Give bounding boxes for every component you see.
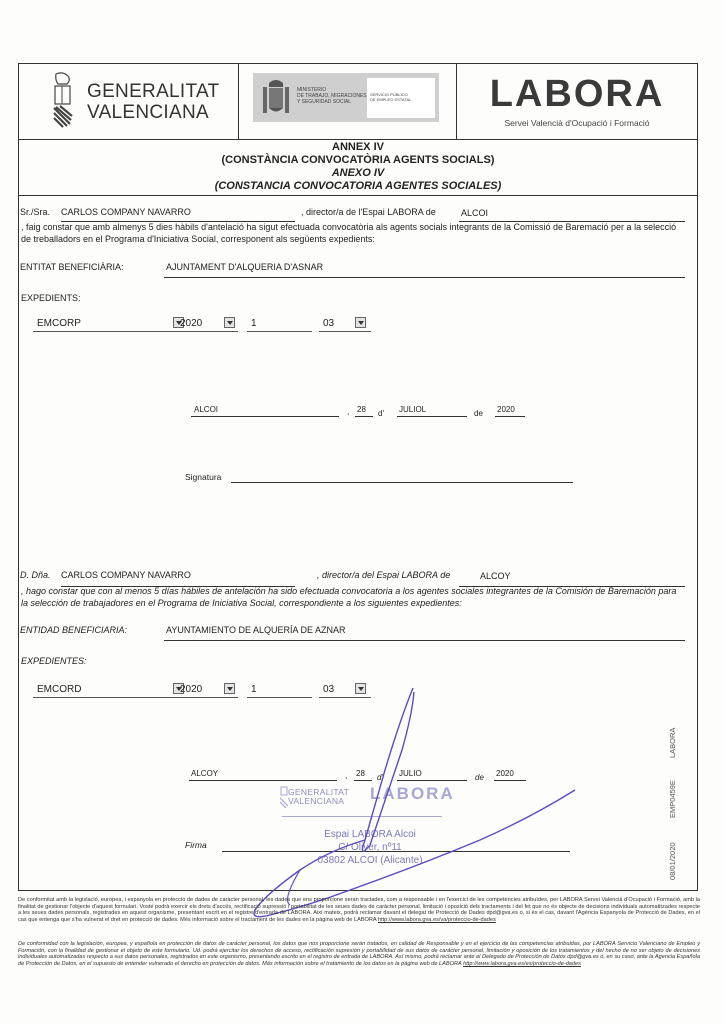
director-name-field[interactable]: CARLOS COMPANY NAVARRO bbox=[61, 570, 191, 580]
spain-crest-icon bbox=[261, 77, 291, 118]
generalitat-text: GENERALITAT VALENCIANA bbox=[87, 81, 219, 123]
entity-label: ENTITAT BENEFICIÀRIA: bbox=[20, 262, 124, 272]
espai-field[interactable]: ALCOY bbox=[480, 571, 511, 581]
expedient-number-field[interactable]: 1 bbox=[247, 683, 312, 698]
side-code-form: EMP0459E bbox=[668, 798, 677, 818]
program-select[interactable]: EMCORP bbox=[33, 317, 188, 332]
expedients-label: EXPEDIENTES: bbox=[21, 656, 87, 666]
month-field[interactable]: JULIOL bbox=[399, 405, 426, 414]
form-title: ANNEX IV (CONSTÀNCIA CONVOCATÒRIA AGENTS… bbox=[19, 139, 697, 196]
chevron-down-icon[interactable] bbox=[355, 317, 366, 328]
place-field[interactable]: ALCOY bbox=[191, 769, 218, 778]
ministry-logo: MINISTERIO DE TRABAJO, MIGRACIONES Y SEG… bbox=[239, 64, 457, 139]
year-select[interactable]: 2020 bbox=[176, 683, 238, 698]
side-code-labora: LABORA bbox=[668, 738, 677, 758]
year-select[interactable]: 2020 bbox=[176, 317, 238, 332]
code-select[interactable]: 03 bbox=[319, 317, 371, 332]
year-field[interactable]: 2020 bbox=[497, 405, 515, 414]
signature-label: Firma bbox=[185, 840, 207, 850]
side-code-date: 08/01/2020 bbox=[668, 860, 677, 880]
entity-field[interactable]: AYUNTAMIENTO DE ALQUERÍA DE AZNAR bbox=[166, 625, 346, 635]
salutation-label: Sr./Sra. bbox=[20, 207, 50, 217]
code-select[interactable]: 03 bbox=[319, 683, 371, 698]
signature-label: Signatura bbox=[185, 472, 221, 482]
year-field[interactable]: 2020 bbox=[496, 769, 514, 778]
ministry-text: MINISTERIO DE TRABAJO, MIGRACIONES Y SEG… bbox=[297, 87, 367, 105]
espai-field[interactable]: ALCOI bbox=[461, 208, 488, 218]
chevron-down-icon[interactable] bbox=[224, 317, 235, 328]
director-label: , director/a del Espai LABORA de bbox=[317, 570, 450, 580]
chevron-down-icon[interactable] bbox=[355, 683, 366, 694]
declaration-text: , hago constar que con al menos 5 días h… bbox=[21, 586, 685, 609]
entity-field[interactable]: AJUNTAMENT D'ALQUERIA D'ASNAR bbox=[166, 262, 323, 272]
form-header: GENERALITAT VALENCIANA MINISTERIO DE TRA… bbox=[19, 64, 697, 140]
expedient-number-field[interactable]: 1 bbox=[247, 317, 312, 332]
declaration-text: , faig constar que amb almenys 5 dies hà… bbox=[21, 222, 685, 245]
privacy-notice-cas: De conformidad con la legislación, europ… bbox=[18, 941, 700, 967]
place-field[interactable]: ALCOI bbox=[194, 405, 218, 414]
entity-label: ENTIDAD BENEFICIARIA: bbox=[20, 625, 127, 635]
generalitat-shield-icon bbox=[280, 786, 288, 808]
generalitat-shield-icon bbox=[52, 72, 74, 130]
director-name-field[interactable]: CARLOS COMPANY NAVARRO bbox=[61, 207, 191, 217]
chevron-down-icon[interactable] bbox=[224, 683, 235, 694]
privacy-link-cas[interactable]: http://www.labora.gva.es/es/proteccio-de… bbox=[463, 961, 581, 967]
privacy-notice-val: De conformitat amb la legislació, europe… bbox=[18, 897, 700, 923]
director-label: , director/a de l'Espai LABORA de bbox=[301, 207, 436, 217]
program-select[interactable]: EMCORD bbox=[33, 683, 188, 698]
expedients-label: EXPEDIENTS: bbox=[21, 293, 81, 303]
official-stamp: GENERALITAT VALENCIANA LABORA Espai LABO… bbox=[260, 720, 460, 870]
signature-line[interactable] bbox=[231, 482, 573, 483]
salutation-label: D. Dña. bbox=[20, 570, 51, 580]
privacy-link-val[interactable]: http://www.labora.gva.es/va/proteccio-de… bbox=[378, 917, 496, 923]
sepe-text: SERVICIO PÚBLICO DE EMPLEO ESTATAL bbox=[370, 92, 411, 102]
day-field[interactable]: 28 bbox=[357, 405, 366, 414]
generalitat-logo: GENERALITAT VALENCIANA bbox=[19, 64, 239, 139]
labora-logo: LABORA Servei Valencià d'Ocupació i Form… bbox=[457, 64, 697, 139]
